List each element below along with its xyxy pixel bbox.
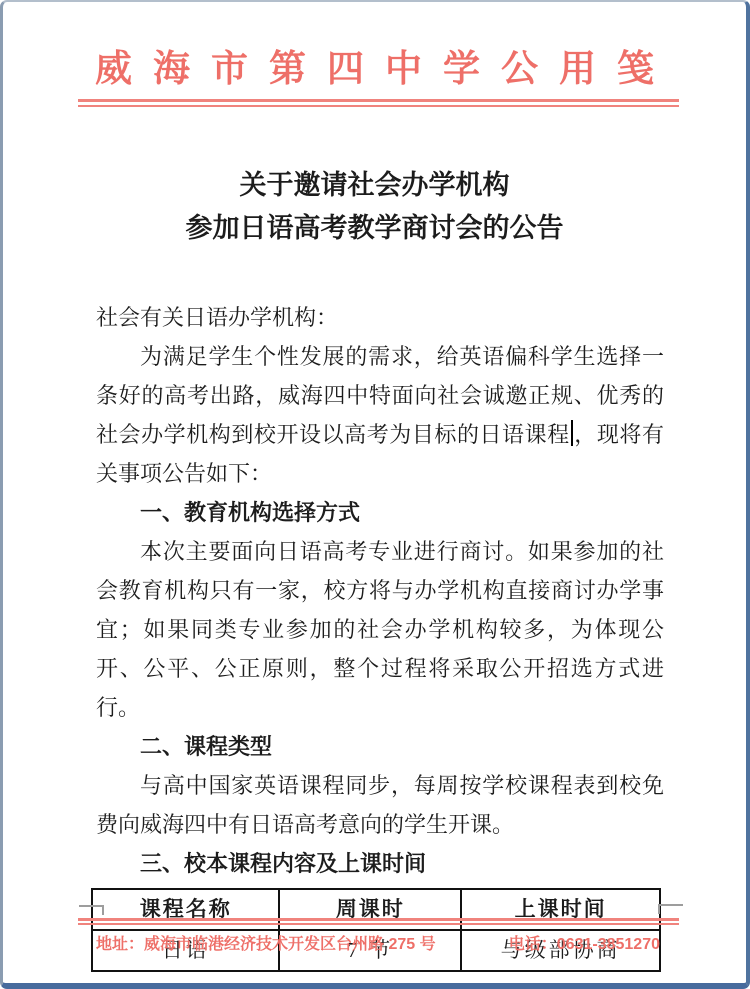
section2-heading: 二、课程类型 <box>96 727 664 766</box>
footer-boundary-mark-left <box>79 905 104 915</box>
section3-heading: 三、校本课程内容及上课时间 <box>96 844 664 883</box>
letterhead-school-name: 威海市第四中学公用笺 <box>3 38 746 92</box>
footer-divider-thin-line <box>78 923 679 925</box>
paragraph-intro: 为满足学生个性发展的需求，给英语偏科学生选择一条好的高考出路，威海四中特面向社会… <box>96 337 664 493</box>
course-table: 课程名称 周课时 上课时间 日语 7 节 与级部协商 <box>91 888 661 972</box>
footer-address: 地址：威海市临港经济技术开发区台州路 275 号 <box>96 933 436 957</box>
document-title-line2: 参加日语高考教学商讨会的公告 <box>3 207 746 250</box>
footer-phone: 电话：0631-3851270 <box>509 933 660 957</box>
header-divider <box>78 99 679 107</box>
text-cursor <box>571 420 573 446</box>
section1-heading: 一、教育机构选择方式 <box>96 493 664 532</box>
header-divider-thin-line <box>78 105 679 107</box>
footer: 地址：威海市临港经济技术开发区台州路 275 号 电话：0631-3851270 <box>96 933 660 957</box>
document-body[interactable]: 社会有关日语办学机构： 为满足学生个性发展的需求，给英语偏科学生选择一条好的高考… <box>96 298 664 972</box>
salutation: 社会有关日语办学机构： <box>96 298 664 337</box>
section2-paragraph: 与高中国家英语课程同步，每周按学校课程表到校免费向威海四中有日语高考意向的学生开… <box>96 766 664 844</box>
document-page[interactable]: 威海市第四中学公用笺 关于邀请社会办学机构 参加日语高考教学商讨会的公告 社会有… <box>0 0 750 989</box>
document-title: 关于邀请社会办学机构 参加日语高考教学商讨会的公告 <box>3 164 746 250</box>
document-title-line1: 关于邀请社会办学机构 <box>3 164 746 207</box>
footer-divider <box>78 918 679 925</box>
footer-boundary-mark-right <box>658 904 683 914</box>
section1-paragraph: 本次主要面向日语高考专业进行商讨。如果参加的社会教育机构只有一家，校方将与办学机… <box>96 532 664 727</box>
